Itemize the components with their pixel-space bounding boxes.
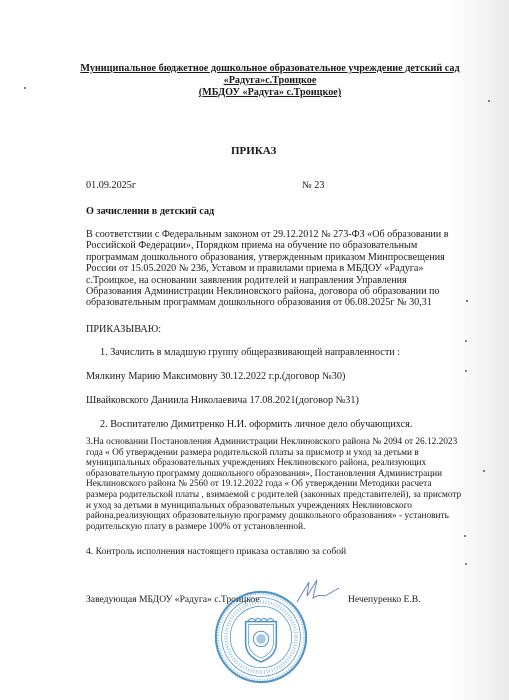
item3-line: муниципальных образовательных учреждения…	[86, 458, 476, 469]
scan-speck	[464, 535, 466, 537]
order-item-2: 2. Воспитателю Димитренко Н.И. оформить …	[100, 419, 412, 430]
item3-line: и уход за детьми в муниципальных образов…	[86, 501, 476, 512]
item3-line: Неклиновского района № 2560 от 19.12.202…	[86, 479, 476, 490]
scanned-order-page: Муниципальное бюджетное дошкольное образ…	[0, 0, 509, 700]
scan-speck	[488, 100, 490, 102]
scan-speck	[465, 340, 467, 342]
preamble-line: России от 15.05.2020 № 236, Уставом и пр…	[86, 263, 466, 274]
item3-line: года « Об утверждении размера родительск…	[86, 448, 476, 459]
preamble-line: с.Троицкое, на основании заявления родит…	[86, 275, 466, 286]
scan-speck	[483, 470, 485, 472]
handwritten-signature-icon	[295, 578, 341, 606]
enrolled-child: Мялкину Марию Максимовну 30.12.2022 г.р.…	[86, 371, 345, 382]
organization-line-3: (МБДОУ «Радуга» с.Троицкое)	[60, 87, 480, 99]
scan-speck	[465, 563, 467, 565]
order-item-3: 3.На основании Постановления Администрац…	[86, 437, 476, 532]
preamble-line: программам дошкольного образования, утве…	[86, 252, 466, 263]
scan-speck	[465, 370, 467, 372]
preamble-paragraph: В соответствии с Федеральным законом от …	[86, 229, 466, 309]
preamble-line: образовательным программам дошкольного о…	[86, 297, 466, 308]
enrolled-child: Швайковского Даниила Николаевича 17.08.2…	[86, 395, 359, 406]
document-title: ПРИКАЗ	[231, 145, 276, 157]
preamble-line: В соответствии с Федеральным законом от …	[86, 229, 466, 240]
item3-line: родительскую плату в размере 100% от уст…	[86, 522, 476, 533]
signatory-name: Нечепуренко Е.В.	[348, 594, 421, 605]
item3-line: размера родительской платы , взимаемой с…	[86, 490, 476, 501]
organization-header: Муниципальное бюджетное дошкольное образ…	[60, 63, 480, 99]
preamble-line: Российской Федерации», Порядком приема н…	[86, 240, 466, 251]
order-item-1: 1. Зачислить в младшую группу общеразвив…	[100, 347, 400, 358]
item3-line: 3.На основании Постановления Администрац…	[86, 437, 476, 448]
organization-line-1: Муниципальное бюджетное дошкольное образ…	[60, 63, 480, 75]
item3-line: района,реализующих образовательную прогр…	[86, 511, 476, 522]
scan-speck	[24, 87, 26, 89]
order-number: № 23	[302, 180, 324, 191]
organization-line-2: «Радуга»с.Троицкое	[60, 75, 480, 87]
preamble-line: Образования Администрации Неклиновского …	[86, 286, 466, 297]
order-word: ПРИКАЗЫВАЮ:	[86, 324, 161, 335]
scan-speck	[466, 300, 468, 302]
order-date: 01.09.2025г	[86, 180, 136, 191]
item3-line: образовательную программу дошкольного об…	[86, 469, 476, 480]
order-subject: О зачислении в детский сад	[86, 206, 214, 217]
order-item-4: 4. Контроль исполнения настоящего приказ…	[86, 546, 346, 557]
